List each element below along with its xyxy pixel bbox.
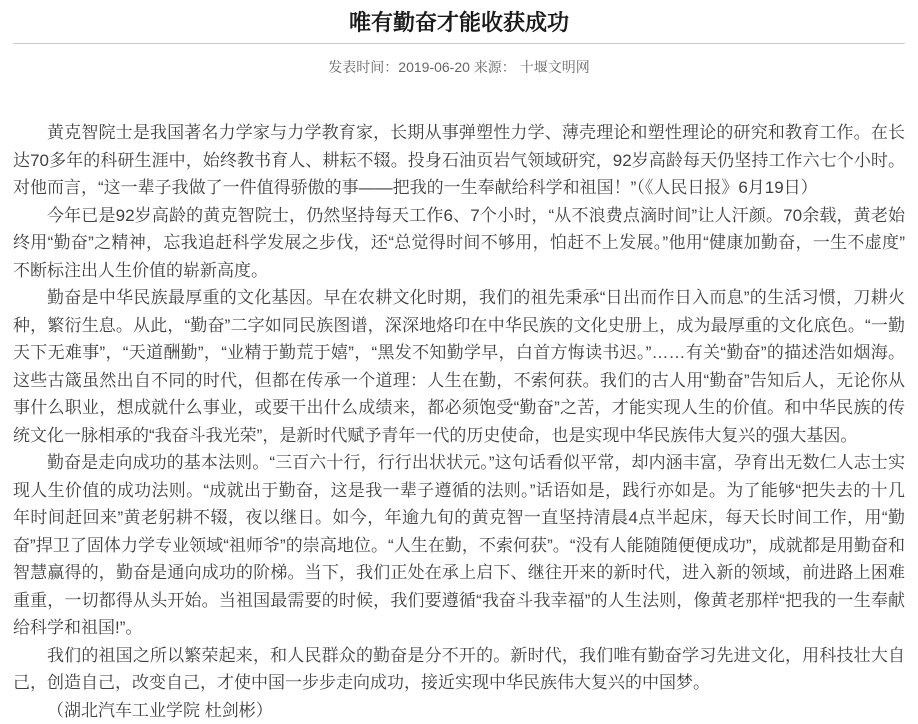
- paragraph-intro: 黄克智院士是我国著名力学家与力学教育家，长期从事弹塑性力学、薄壳理论和塑性理论的…: [13, 119, 905, 202]
- page-title: 唯有勤奋才能收获成功: [13, 0, 905, 39]
- paragraph-success-rule: 勤奋是走向成功的基本法则。“三百六十行，行行出状状元。”这句话看似平常，却内涵丰…: [13, 449, 905, 642]
- paragraph-conclusion: 我们的祖国之所以繁荣起来，和人民群众的勤奋是分不开的。新时代，我们唯有勤奋学习先…: [13, 642, 905, 697]
- paragraph-cultural-gene: 勤奋是中华民族最厚重的文化基因。早在农耕文化时期，我们的祖先秉承“日出而作日入而…: [13, 284, 905, 449]
- article-page: 唯有勤奋才能收获成功 发表时间：2019-06-20 来源： 十堰文明网 黄克智…: [0, 0, 918, 724]
- paragraph-work-ethic: 今年已是92岁高龄的黄克智院士，仍然坚持每天工作6、7个小时，“从不浪费点滴时间…: [13, 202, 905, 285]
- publish-meta: 发表时间：2019-06-20 来源： 十堰文明网: [13, 57, 905, 77]
- paragraph-author-byline: （湖北汽车工业学院 杜剑彬）: [13, 697, 905, 724]
- article-body: 黄克智院士是我国著名力学家与力学教育家，长期从事弹塑性力学、薄壳理论和塑性理论的…: [13, 77, 905, 724]
- title-divider: [13, 43, 905, 44]
